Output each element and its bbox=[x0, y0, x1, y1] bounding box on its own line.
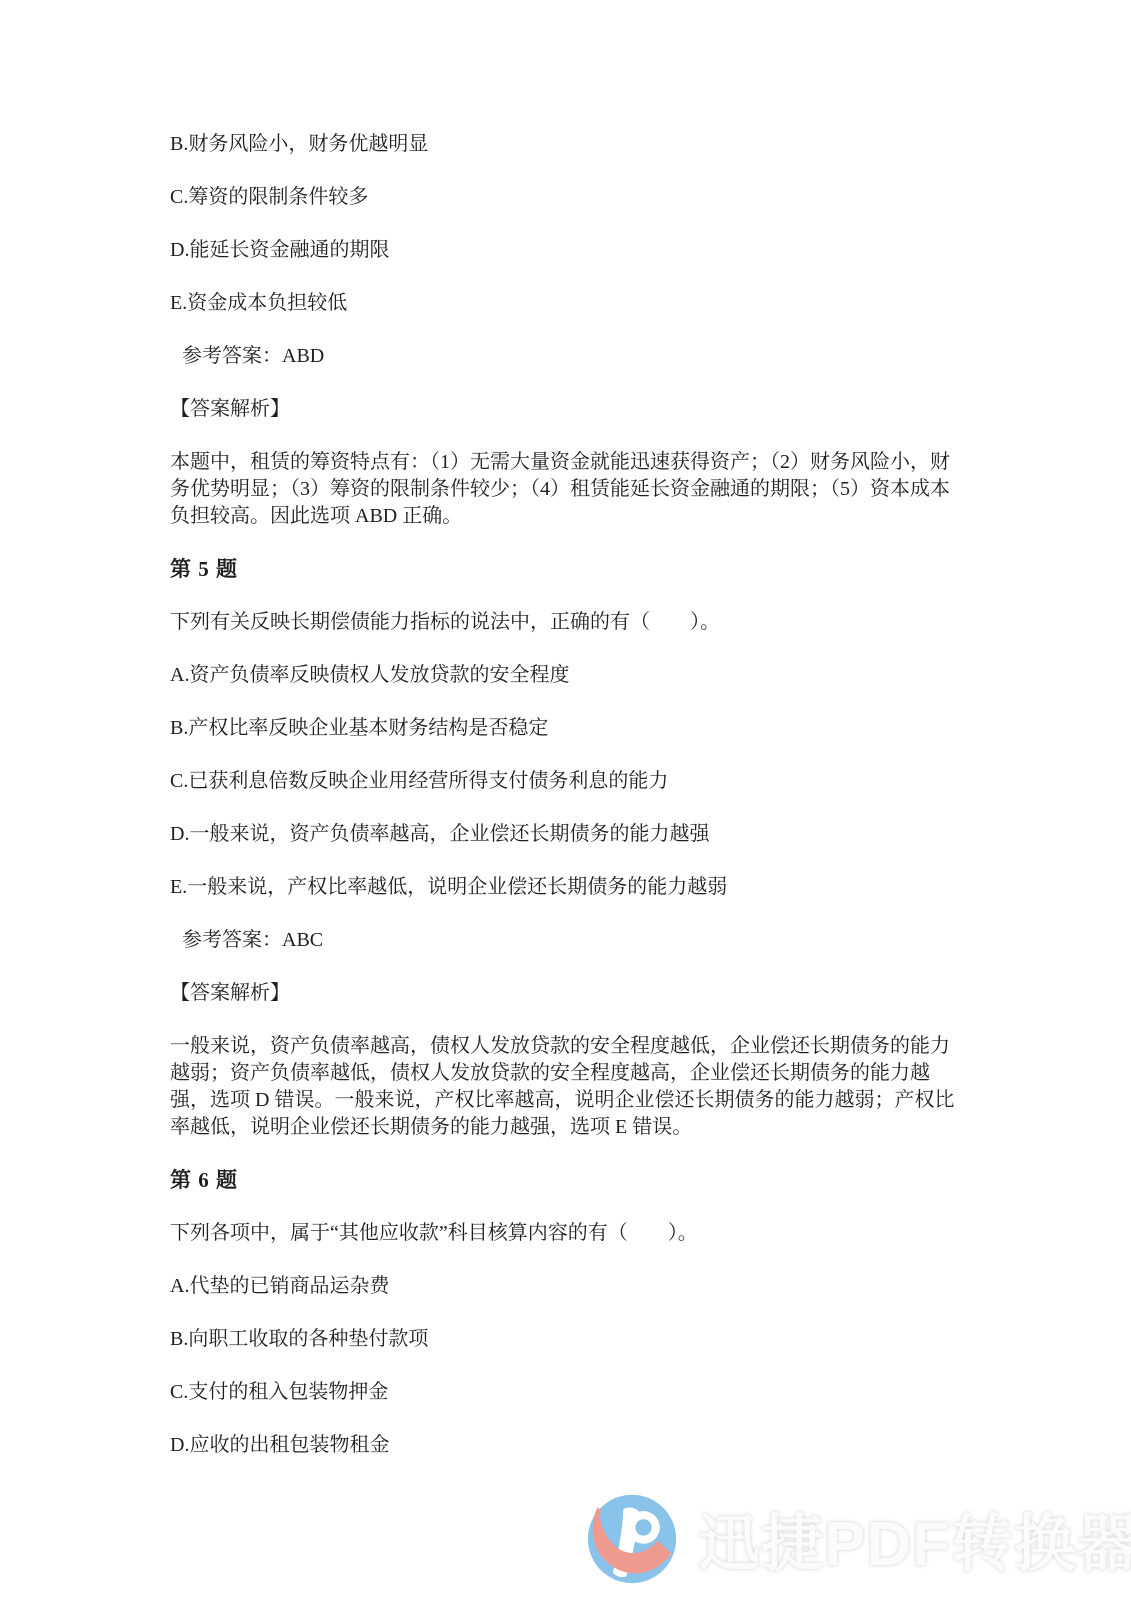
q6-question: 下列各项中，属于“其他应收款”科目核算内容的有（ ）。 bbox=[170, 1220, 966, 1247]
q4-option-e: E.资金成本负担较低 bbox=[170, 290, 966, 317]
pdf-converter-logo-icon bbox=[584, 1490, 680, 1586]
document-content: B.财务风险小，财务优越明显 C.筹资的限制条件较多 D.能延长资金融通的期限 … bbox=[170, 131, 966, 1485]
q5-option-e: E.一般来说，产权比率越低，说明企业偿还长期债务的能力越弱 bbox=[170, 874, 966, 901]
q6-option-c: C.支付的租入包装物押金 bbox=[170, 1379, 966, 1406]
q6-option-a: A.代垫的已销商品运杂费 bbox=[170, 1273, 966, 1300]
q5-title: 第 5 题 bbox=[170, 556, 966, 583]
q5-option-a: A.资产负债率反映债权人发放贷款的安全程度 bbox=[170, 662, 966, 689]
watermark-text: 迅捷PDF转换器 bbox=[698, 1494, 1131, 1583]
q4-analysis-text: 本题中，租赁的筹资特点有：（1）无需大量资金就能迅速获得资产；（2）财务风险小，… bbox=[170, 449, 966, 530]
q5-question: 下列有关反映长期偿债能力指标的说法中，正确的有（ ）。 bbox=[170, 609, 966, 636]
q5-analysis-header: 【答案解析】 bbox=[170, 980, 966, 1007]
q5-option-b: B.产权比率反映企业基本财务结构是否稳定 bbox=[170, 715, 966, 742]
q4-option-c: C.筹资的限制条件较多 bbox=[170, 184, 966, 211]
q4-analysis-header: 【答案解析】 bbox=[170, 396, 966, 423]
q5-option-c: C.已获利息倍数反映企业用经营所得支付债务利息的能力 bbox=[170, 768, 966, 795]
q6-option-d: D.应收的出租包装物租金 bbox=[170, 1432, 966, 1459]
q4-option-d: D.能延长资金融通的期限 bbox=[170, 237, 966, 264]
q5-analysis-text: 一般来说，资产负债率越高，债权人发放贷款的安全程度越低，企业偿还长期债务的能力越… bbox=[170, 1033, 966, 1141]
q6-title: 第 6 题 bbox=[170, 1167, 966, 1194]
q5-answer: 参考答案：ABC bbox=[170, 927, 966, 954]
q4-option-b: B.财务风险小，财务优越明显 bbox=[170, 131, 966, 158]
q6-option-b: B.向职工收取的各种垫付款项 bbox=[170, 1326, 966, 1353]
q4-answer: 参考答案：ABD bbox=[170, 343, 966, 370]
pdf-page: B.财务风险小，财务优越明显 C.筹资的限制条件较多 D.能延长资金融通的期限 … bbox=[0, 0, 1131, 1600]
q5-option-d: D.一般来说，资产负债率越高，企业偿还长期债务的能力越强 bbox=[170, 821, 966, 848]
watermark: 迅捷PDF转换器 bbox=[584, 1490, 1131, 1586]
